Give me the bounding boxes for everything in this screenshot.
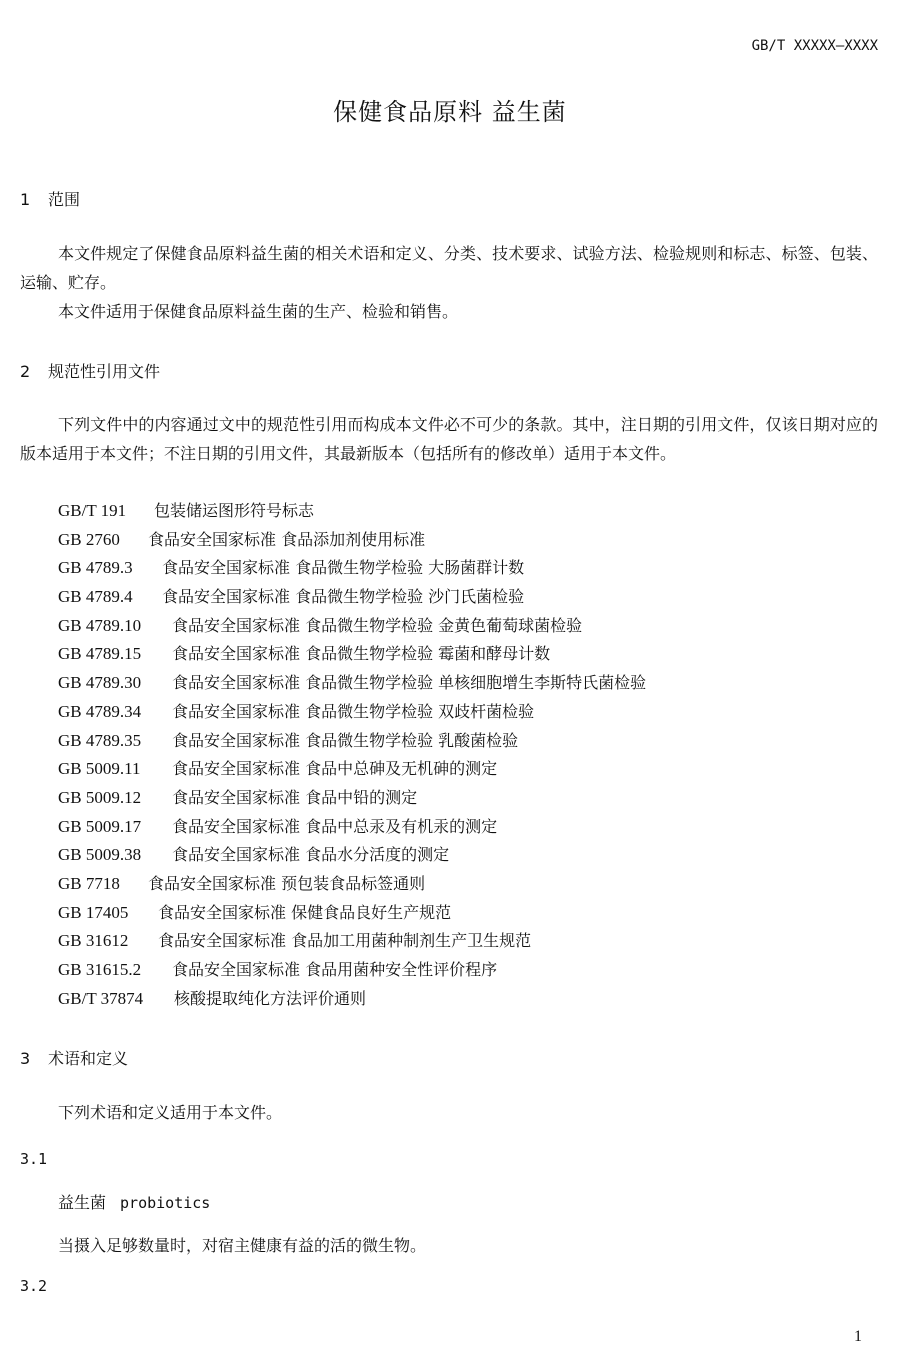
- section-2-heading: 2规范性引用文件: [20, 359, 160, 382]
- scope-paragraph-1: 本文件规定了保健食品原料益生菌的相关术语和定义、分类、技术要求、试验方法、检验规…: [20, 239, 878, 297]
- reference-code: GB 7718: [58, 870, 148, 899]
- reference-item: GB/T 191包装储运图形符号标志: [58, 497, 646, 526]
- standard-code: GB/T XXXXX—XXXX: [752, 38, 878, 54]
- terms-intro: 下列术语和定义适用于本文件。: [20, 1098, 878, 1127]
- reference-item: GB 17405食品安全国家标准 保健食品良好生产规范: [58, 899, 646, 928]
- reference-title: 食品安全国家标准 食品微生物学检验 大肠菌群计数: [162, 558, 524, 577]
- reference-item: GB 4789.15食品安全国家标准 食品微生物学检验 霉菌和酵母计数: [58, 640, 646, 669]
- reference-title: 食品安全国家标准 食品用菌种安全性评价程序: [172, 960, 497, 979]
- reference-title: 食品安全国家标准 食品水分活度的测定: [172, 845, 449, 864]
- reference-item: GB 4789.10食品安全国家标准 食品微生物学检验 金黄色葡萄球菌检验: [58, 612, 646, 641]
- term-number: 3.2: [20, 1277, 47, 1295]
- reference-title: 食品安全国家标准 食品微生物学检验 单核细胞增生李斯特氏菌检验: [172, 673, 646, 692]
- reference-code: GB 5009.11: [58, 755, 172, 784]
- section-number: 2: [20, 362, 48, 381]
- section-1-heading: 1范围: [20, 187, 80, 210]
- reference-code: GB 31612: [58, 927, 158, 956]
- reference-title: 食品安全国家标准 食品微生物学检验 金黄色葡萄球菌检验: [172, 616, 582, 635]
- reference-code: GB 4789.34: [58, 698, 172, 727]
- reference-code: GB 4789.30: [58, 669, 172, 698]
- reference-code: GB 4789.3: [58, 554, 162, 583]
- normative-references-list: GB/T 191包装储运图形符号标志 GB 2760食品安全国家标准 食品添加剂…: [58, 497, 646, 1013]
- reference-item: GB/T 37874核酸提取纯化方法评价通则: [58, 985, 646, 1014]
- section-title: 规范性引用文件: [48, 362, 160, 381]
- reference-title: 食品安全国家标准 保健食品良好生产规范: [158, 903, 451, 922]
- reference-title: 食品安全国家标准 食品微生物学检验 霉菌和酵母计数: [172, 644, 550, 663]
- reference-item: GB 2760食品安全国家标准 食品添加剂使用标准: [58, 526, 646, 555]
- reference-title: 核酸提取纯化方法评价通则: [174, 989, 366, 1008]
- reference-code: GB 2760: [58, 526, 148, 555]
- term-chinese: 益生菌: [58, 1193, 106, 1212]
- term-definition: 当摄入足够数量时，对宿主健康有益的活的微生物。: [58, 1233, 426, 1256]
- reference-title: 食品安全国家标准 食品中铅的测定: [172, 788, 417, 807]
- reference-title: 食品安全国家标准 食品添加剂使用标准: [148, 530, 425, 549]
- reference-title: 食品安全国家标准 食品微生物学检验 双歧杆菌检验: [172, 702, 534, 721]
- reference-code: GB 4789.15: [58, 640, 172, 669]
- term-entry: 益生菌probiotics: [58, 1190, 210, 1213]
- reference-item: GB 5009.17食品安全国家标准 食品中总汞及有机汞的测定: [58, 813, 646, 842]
- scope-paragraph-2: 本文件适用于保健食品原料益生菌的生产、检验和销售。: [20, 297, 878, 326]
- section-number: 3: [20, 1049, 48, 1068]
- section-title: 术语和定义: [48, 1049, 128, 1068]
- reference-item: GB 4789.34食品安全国家标准 食品微生物学检验 双歧杆菌检验: [58, 698, 646, 727]
- reference-code: GB 4789.10: [58, 612, 172, 641]
- document-title: 保健食品原料 益生菌: [0, 92, 900, 127]
- page-number: 1: [854, 1328, 862, 1346]
- term-number: 3.1: [20, 1150, 47, 1168]
- section-title: 范围: [48, 190, 80, 209]
- reference-item: GB 4789.4食品安全国家标准 食品微生物学检验 沙门氏菌检验: [58, 583, 646, 612]
- reference-item: GB 5009.11食品安全国家标准 食品中总砷及无机砷的测定: [58, 755, 646, 784]
- references-intro: 下列文件中的内容通过文中的规范性引用而构成本文件必不可少的条款。其中，注日期的引…: [20, 410, 878, 468]
- reference-title: 食品安全国家标准 食品中总砷及无机砷的测定: [172, 759, 497, 778]
- reference-code: GB 5009.17: [58, 813, 172, 842]
- reference-title: 食品安全国家标准 食品中总汞及有机汞的测定: [172, 817, 497, 836]
- reference-item: GB 4789.3食品安全国家标准 食品微生物学检验 大肠菌群计数: [58, 554, 646, 583]
- section-3-heading: 3术语和定义: [20, 1046, 128, 1069]
- reference-code: GB 31615.2: [58, 956, 172, 985]
- term-english: probiotics: [120, 1194, 210, 1212]
- reference-title: 食品安全国家标准 预包装食品标签通则: [148, 874, 425, 893]
- reference-code: GB 4789.35: [58, 727, 172, 756]
- reference-code: GB/T 191: [58, 497, 154, 526]
- reference-item: GB 7718食品安全国家标准 预包装食品标签通则: [58, 870, 646, 899]
- reference-item: GB 31615.2食品安全国家标准 食品用菌种安全性评价程序: [58, 956, 646, 985]
- reference-item: GB 5009.12食品安全国家标准 食品中铅的测定: [58, 784, 646, 813]
- reference-item: GB 31612食品安全国家标准 食品加工用菌种制剂生产卫生规范: [58, 927, 646, 956]
- section-number: 1: [20, 190, 48, 209]
- reference-item: GB 4789.30食品安全国家标准 食品微生物学检验 单核细胞增生李斯特氏菌检…: [58, 669, 646, 698]
- reference-title: 食品安全国家标准 食品微生物学检验 沙门氏菌检验: [162, 587, 524, 606]
- reference-title: 食品安全国家标准 食品微生物学检验 乳酸菌检验: [172, 731, 518, 750]
- reference-code: GB 5009.38: [58, 841, 172, 870]
- reference-item: GB 5009.38食品安全国家标准 食品水分活度的测定: [58, 841, 646, 870]
- reference-title: 包装储运图形符号标志: [154, 501, 314, 520]
- reference-code: GB/T 37874: [58, 985, 174, 1014]
- reference-code: GB 5009.12: [58, 784, 172, 813]
- reference-item: GB 4789.35食品安全国家标准 食品微生物学检验 乳酸菌检验: [58, 727, 646, 756]
- reference-code: GB 17405: [58, 899, 158, 928]
- reference-title: 食品安全国家标准 食品加工用菌种制剂生产卫生规范: [158, 931, 531, 950]
- reference-code: GB 4789.4: [58, 583, 162, 612]
